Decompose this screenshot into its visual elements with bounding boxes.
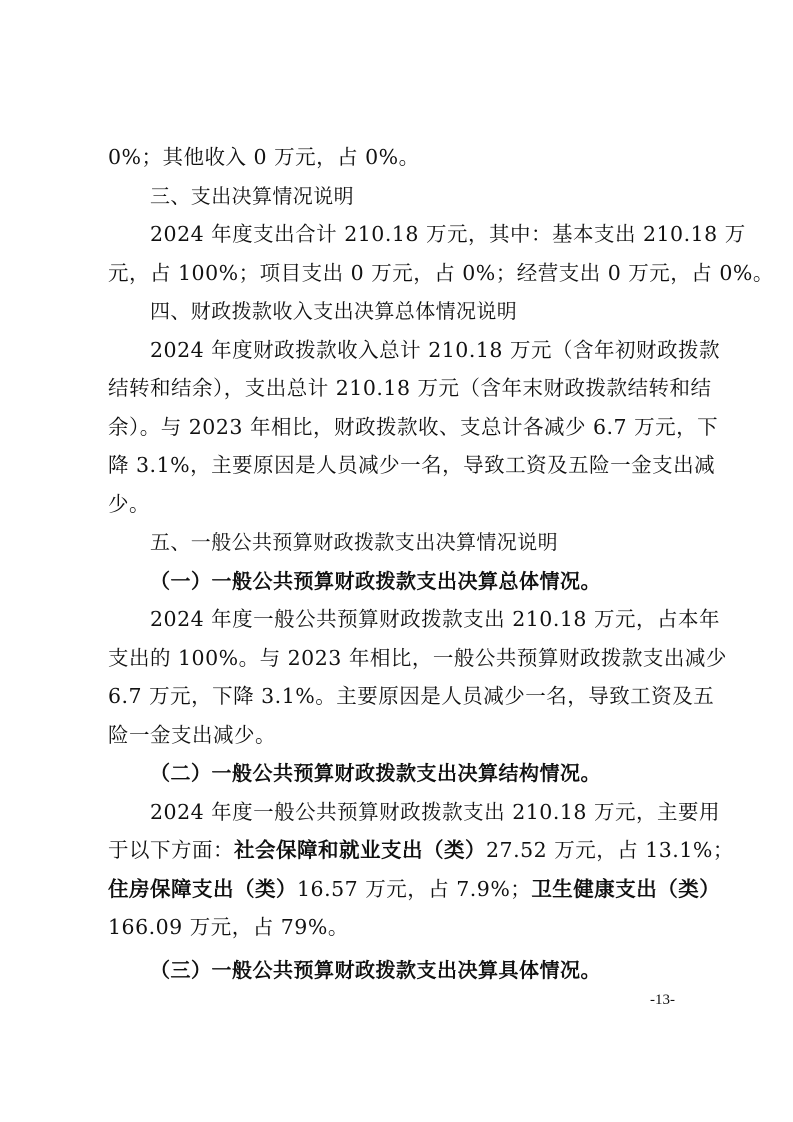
paragraph-line: 元，占 100%；项目支出 0 万元，占 0%；经营支出 0 万元，占 0%。 bbox=[108, 254, 694, 293]
paragraph-line: 住房保障支出（类）16.57 万元，占 7.9%；卫生健康支出（类） bbox=[108, 870, 694, 909]
category-health: 卫生健康支出（类） bbox=[531, 877, 720, 901]
paragraph-line: 少。 bbox=[108, 485, 694, 524]
subsection-heading-5-3: （三）一般公共预算财政拨款支出决算具体情况。 bbox=[108, 951, 694, 990]
paragraph-line: 于以下方面：社会保障和就业支出（类）27.52 万元，占 13.1%； bbox=[108, 831, 694, 870]
paragraph-line: 2024 年度一般公共预算财政拨款支出 210.18 万元，主要用 bbox=[108, 793, 694, 832]
paragraph-line: 支出的 100%。与 2023 年相比，一般公共预算财政拨款支出减少 bbox=[108, 639, 694, 678]
document-page: 0%；其他收入 0 万元，占 0%。 三、支出决算情况说明 2024 年度支出合… bbox=[108, 138, 694, 989]
text-run: 16.57 万元，占 7.9%； bbox=[297, 877, 531, 901]
paragraph-line: 2024 年度一般公共预算财政拨款支出 210.18 万元，占本年 bbox=[108, 600, 694, 639]
page-number: -13- bbox=[650, 992, 675, 1009]
paragraph-line: 0%；其他收入 0 万元，占 0%。 bbox=[108, 138, 694, 177]
paragraph-line: 结转和结余），支出总计 210.18 万元（含年末财政拨款结转和结 bbox=[108, 369, 694, 408]
section-heading-4: 四、财政拨款收入支出决算总体情况说明 bbox=[108, 292, 694, 331]
paragraph-line: 2024 年度支出合计 210.18 万元，其中：基本支出 210.18 万 bbox=[108, 215, 694, 254]
section-heading-3: 三、支出决算情况说明 bbox=[108, 177, 694, 216]
section-heading-5: 五、一般公共预算财政拨款支出决算情况说明 bbox=[108, 523, 694, 562]
paragraph-line: 险一金支出减少。 bbox=[108, 716, 694, 755]
paragraph-line: 2024 年度财政拨款收入总计 210.18 万元（含年初财政拨款 bbox=[108, 331, 694, 370]
category-social-security: 社会保障和就业支出（类） bbox=[234, 838, 486, 862]
paragraph-line: 余）。与 2023 年相比，财政拨款收、支总计各减少 6.7 万元，下 bbox=[108, 408, 694, 447]
paragraph-line: 166.09 万元，占 79%。 bbox=[108, 908, 694, 947]
paragraph-line: 6.7 万元，下降 3.1%。主要原因是人员减少一名，导致工资及五 bbox=[108, 677, 694, 716]
subsection-heading-5-1: （一）一般公共预算财政拨款支出决算总体情况。 bbox=[108, 562, 694, 601]
text-run: 于以下方面： bbox=[108, 838, 234, 862]
category-housing: 住房保障支出（类） bbox=[108, 877, 297, 901]
subsection-heading-5-2: （二）一般公共预算财政拨款支出决算结构情况。 bbox=[108, 754, 694, 793]
text-run: 27.52 万元，占 13.1%； bbox=[486, 838, 734, 862]
paragraph-line: 降 3.1%，主要原因是人员减少一名，导致工资及五险一金支出减 bbox=[108, 446, 694, 485]
